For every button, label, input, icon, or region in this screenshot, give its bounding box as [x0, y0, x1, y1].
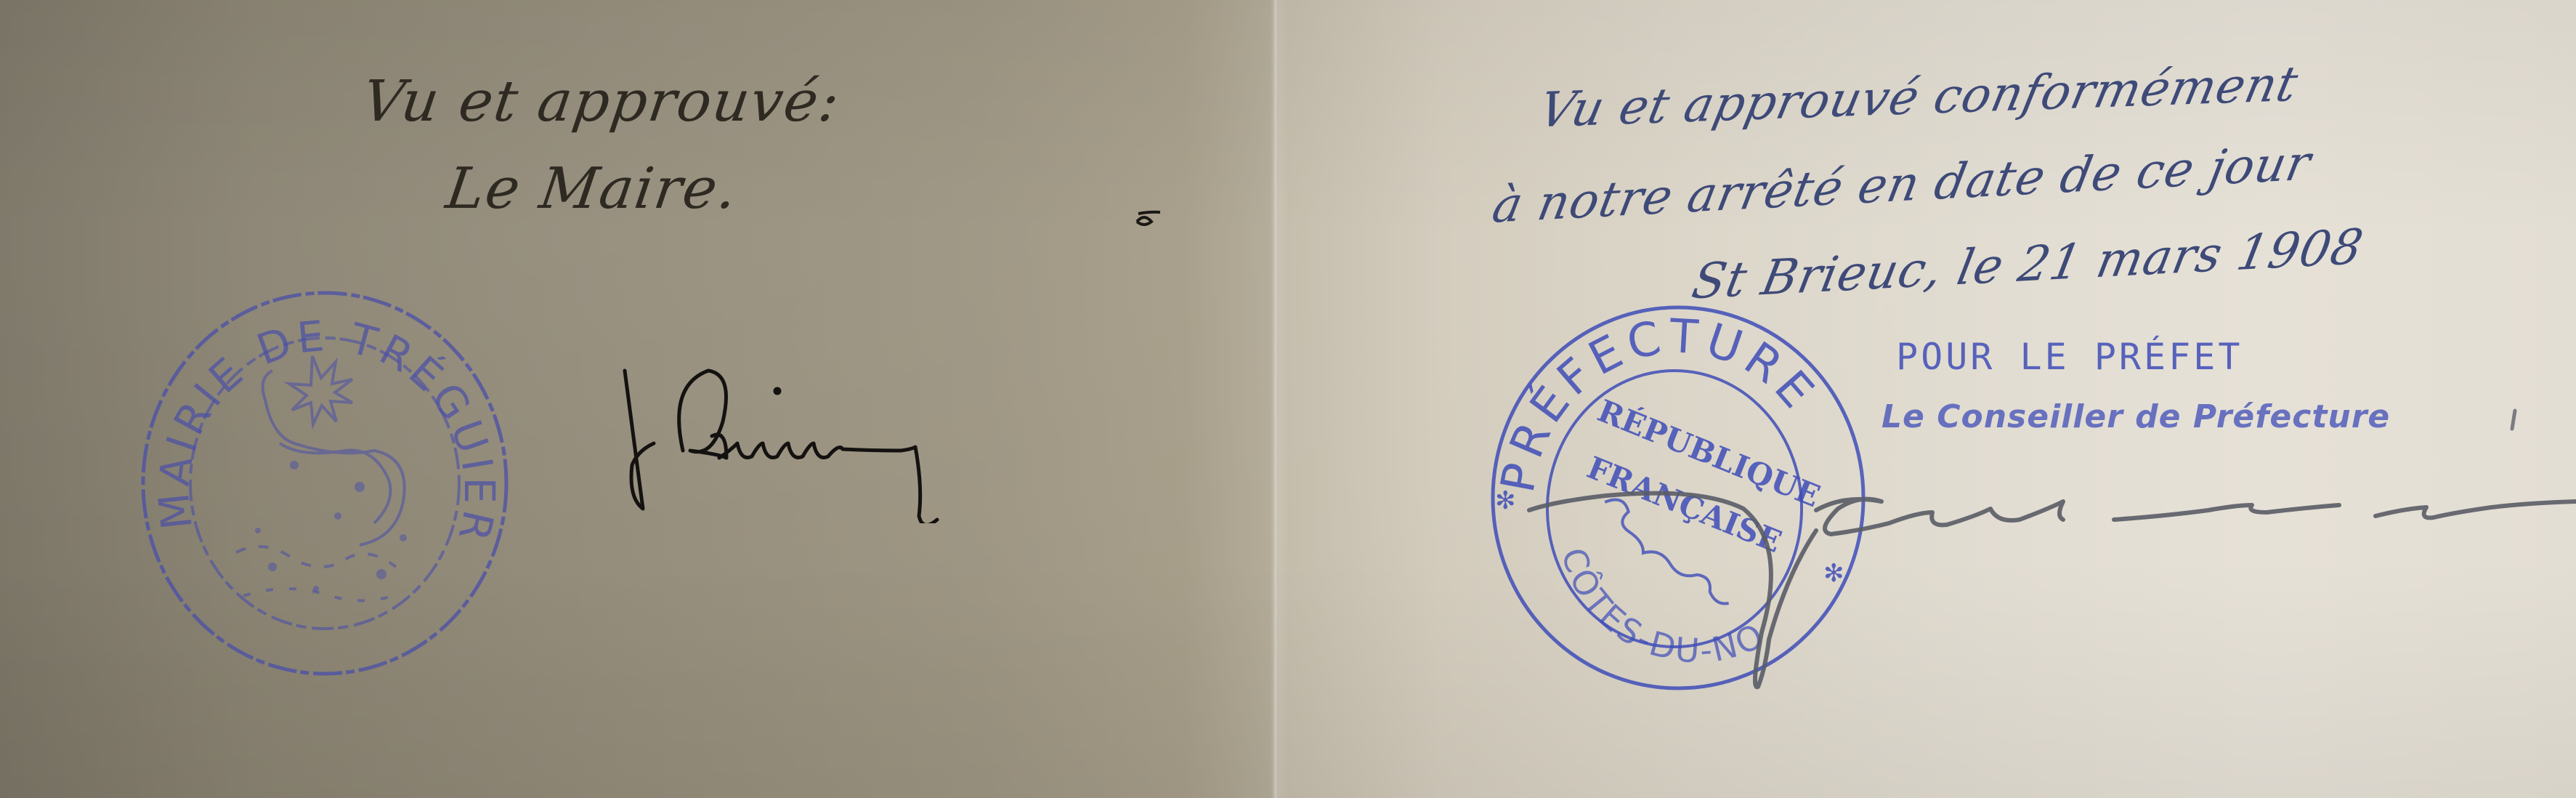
mairie-seal-icon: MAIRIE DE TRÉGUIER [127, 276, 519, 683]
paper-fold [1273, 0, 1279, 798]
printed-signatory: Le Maire. [442, 156, 742, 222]
pour-le-prefet-stamp: POUR LE PRÉFET [1896, 336, 2243, 378]
ink-tick-icon [2506, 407, 2521, 436]
conseiller-de-prefecture-stamp: Le Conseiller de Préfecture [1882, 398, 2390, 435]
printed-heading: Vu et approuvé: [359, 69, 845, 134]
maire-signature-icon [581, 342, 1017, 523]
prefet-signature-icon [1511, 465, 2576, 705]
ink-mark-icon [1130, 203, 1166, 233]
